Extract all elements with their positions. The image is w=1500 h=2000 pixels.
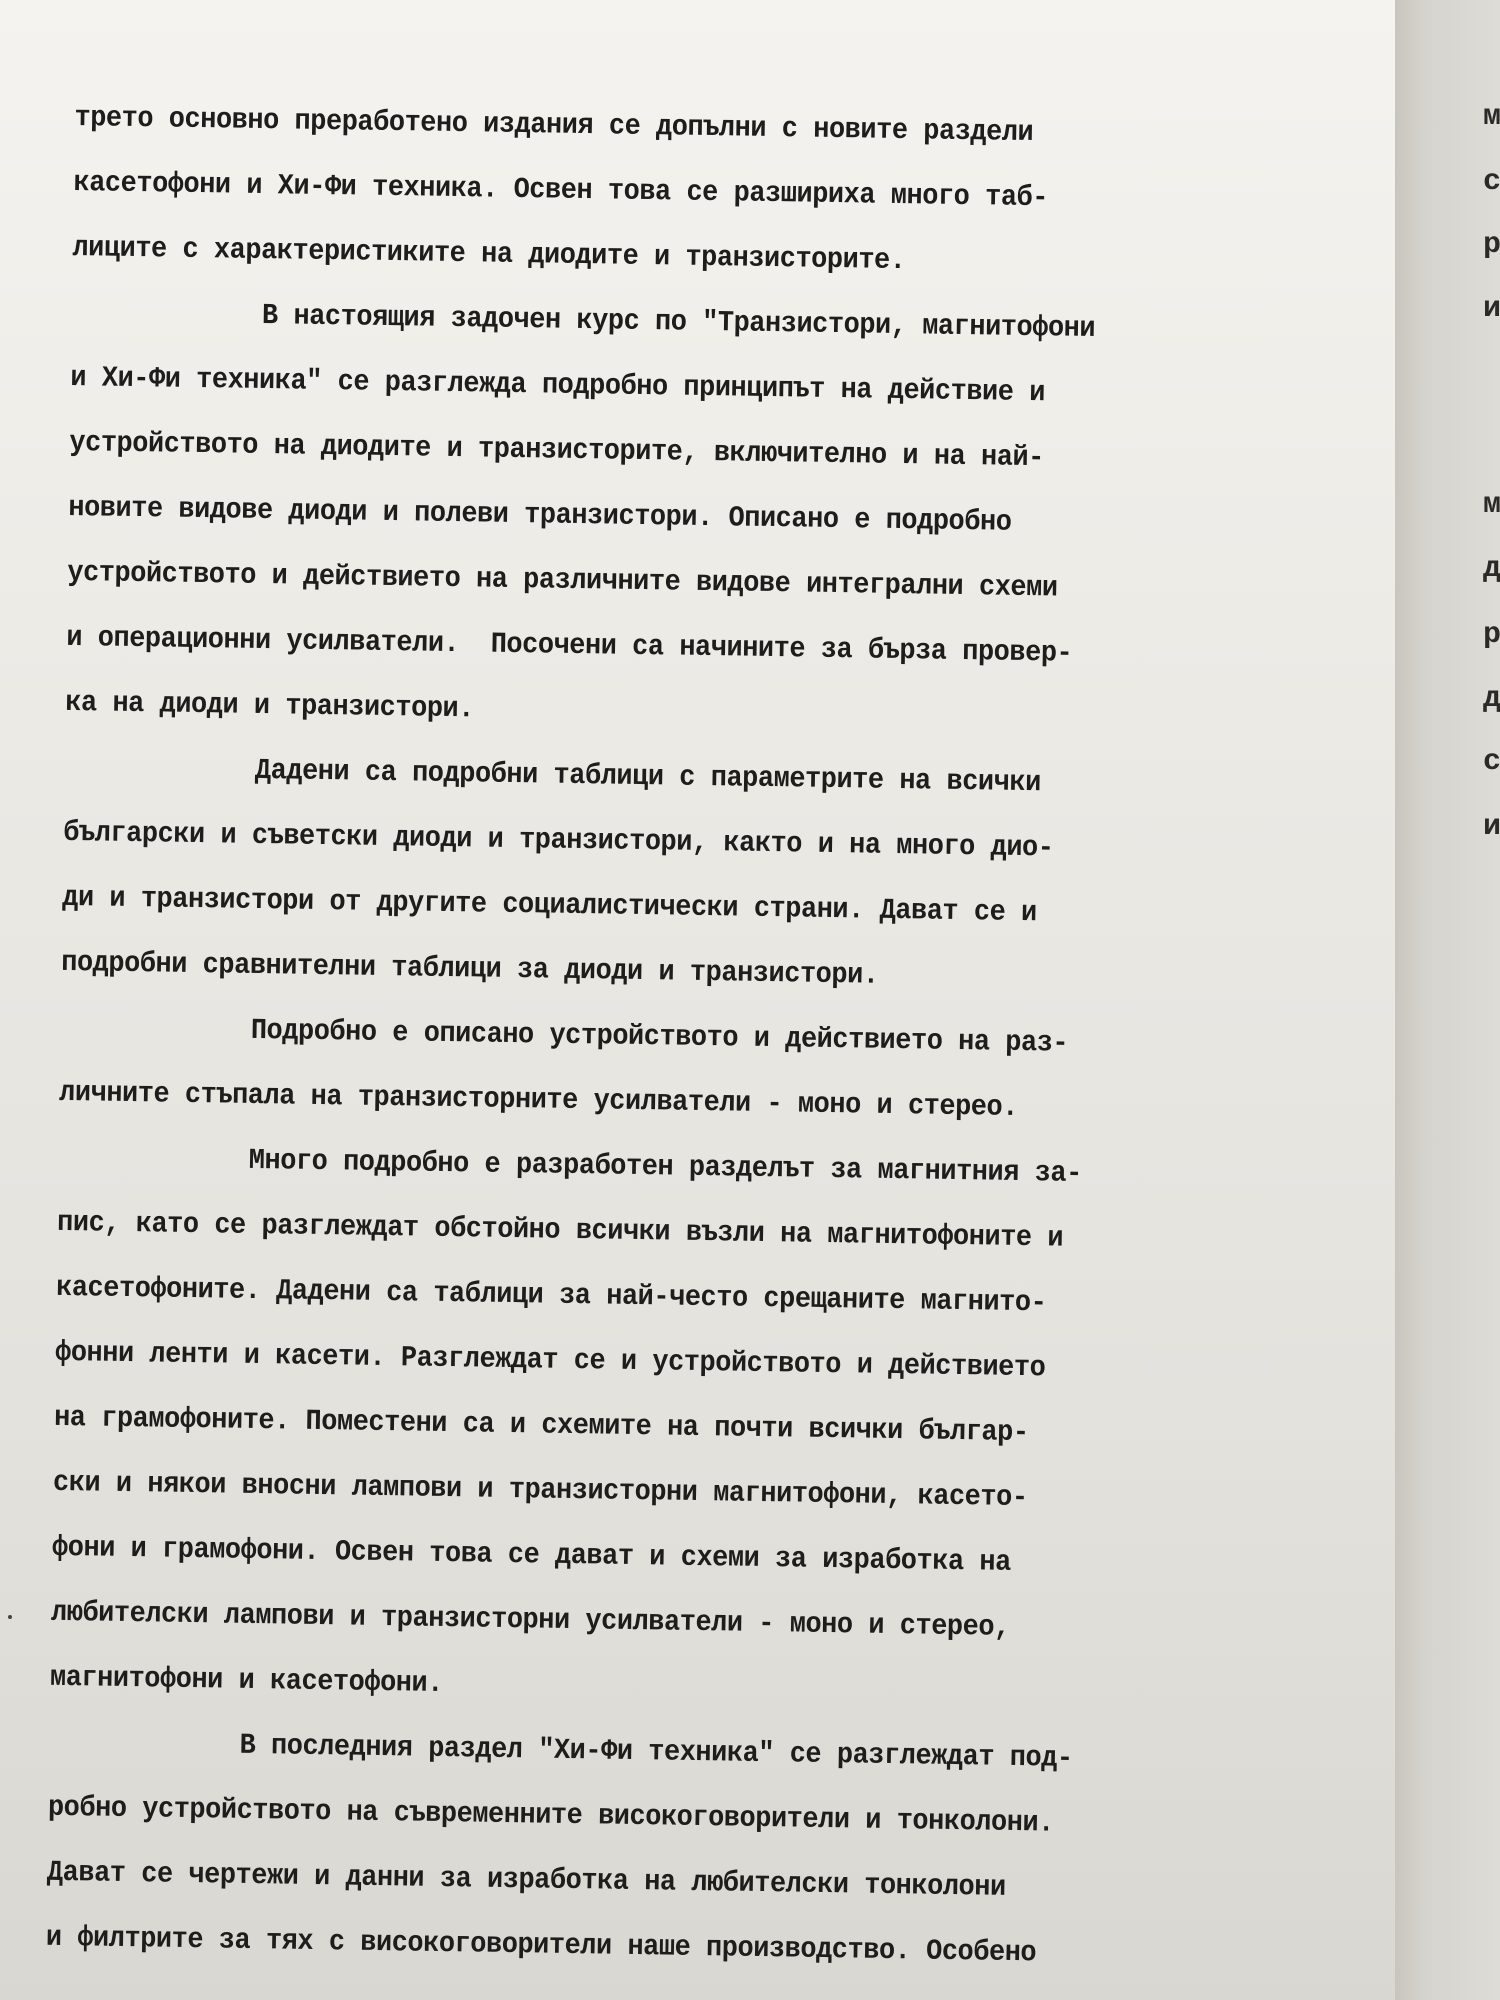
paragraph: В последния раздел "Хи-Фи техника" се ра… (45, 1710, 1349, 1990)
paragraph: Подробно е описано устройството и действ… (59, 995, 1361, 1145)
adjacent-page-edge: мсримдрдси (1395, 0, 1500, 2000)
paragraph: Дадени са подробни таблици с параметрите… (61, 735, 1365, 1015)
paragraph: Много подробно е разработен разделът за … (49, 1125, 1358, 1730)
document-page: трето основно преработено издания се доп… (0, 0, 1395, 2000)
edge-letter: с (1483, 165, 1500, 199)
edge-letter: д (1483, 682, 1500, 716)
edge-letter: д (1483, 552, 1500, 586)
edge-letter: и (1483, 292, 1500, 326)
edge-letter: м (1483, 488, 1500, 522)
paragraph: трето основно преработено издания се доп… (72, 85, 1375, 300)
edge-letter: р (1483, 228, 1500, 262)
edge-letter: с (1483, 745, 1500, 779)
document-body: трето основно преработено издания се доп… (45, 85, 1374, 1990)
paper-speck (8, 1615, 12, 1619)
edge-letter: и (1483, 810, 1500, 844)
edge-letter: м (1483, 100, 1500, 134)
paragraph: В настоящия задочен курс по "Транзистори… (65, 280, 1372, 755)
edge-letter: р (1483, 618, 1500, 652)
